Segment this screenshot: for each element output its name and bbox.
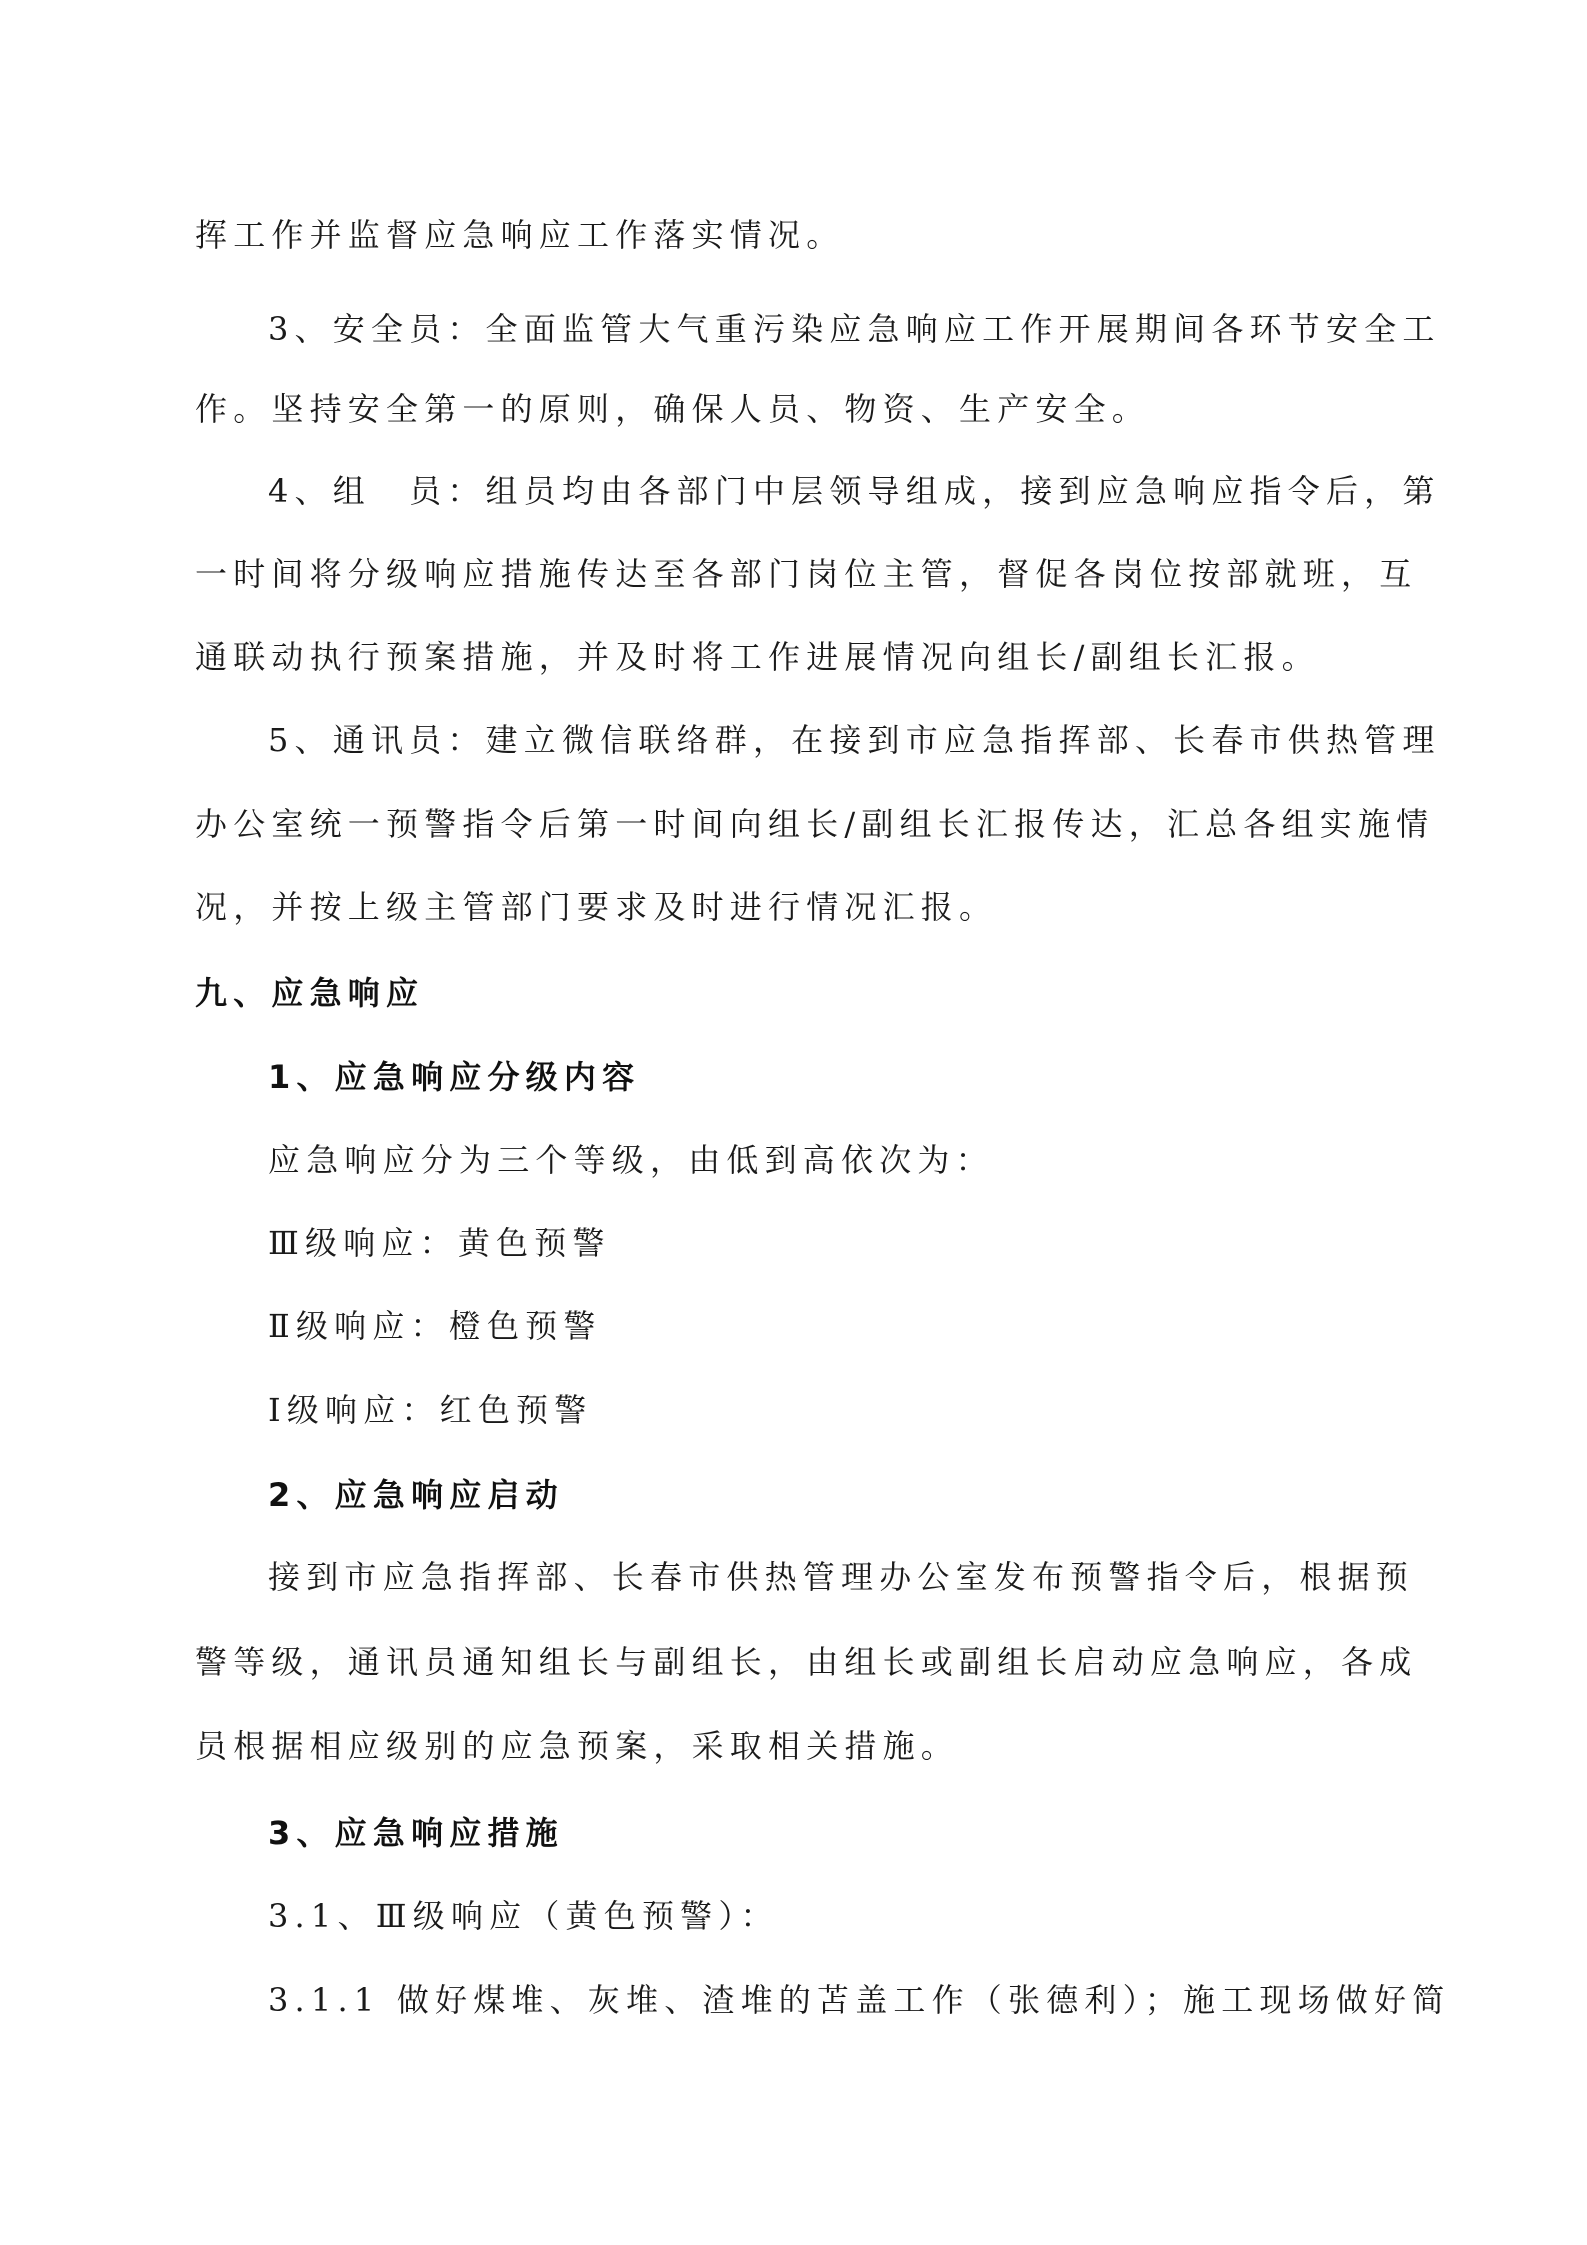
paragraph-line: 通联动执行预案措施，并及时将工作进展情况向组长/副组长汇报。 (195, 637, 1407, 677)
subsection-heading: 1、应急响应分级内容 (268, 1057, 1407, 1097)
paragraph-line: 4、组 员：组员均由各部门中层领导组成，接到应急响应指令后，第 (268, 471, 1407, 511)
paragraph-line: 3.1.1 做好煤堆、灰堆、渣堆的苫盖工作（张德利）；施工现场做好简 (268, 1980, 1407, 2020)
paragraph-line: 3.1、Ⅲ级响应（黄色预警）： (268, 1896, 1407, 1936)
paragraph-line: 一时间将分级响应措施传达至各部门岗位主管，督促各岗位按部就班，互 (195, 554, 1407, 594)
paragraph-line: 应急响应分为三个等级，由低到高依次为： (268, 1140, 1407, 1180)
paragraph-line: 办公室统一预警指令后第一时间向组长/副组长汇报传达，汇总各组实施情 (195, 804, 1407, 844)
list-item: Ⅱ级响应：橙色预警 (268, 1306, 1407, 1346)
paragraph-line: 况，并按上级主管部门要求及时进行情况汇报。 (195, 887, 1407, 927)
subsection-heading: 3、应急响应措施 (268, 1813, 1407, 1853)
subsection-heading: 2、应急响应启动 (268, 1475, 1407, 1515)
paragraph-line: 5、通讯员：建立微信联络群，在接到市应急指挥部、长春市供热管理 (268, 720, 1407, 760)
document-page: 挥工作并监督应急响应工作落实情况。 3、安全员：全面监管大气重污染应急响应工作开… (0, 0, 1587, 2245)
paragraph-line: 警等级，通讯员通知组长与副组长，由组长或副组长启动应急响应，各成 (195, 1642, 1407, 1682)
paragraph-line: 作。坚持安全第一的原则，确保人员、物资、生产安全。 (195, 389, 1407, 429)
list-item: Ⅲ级响应：黄色预警 (268, 1223, 1407, 1263)
paragraph-line: 3、安全员：全面监管大气重污染应急响应工作开展期间各环节安全工 (268, 309, 1407, 349)
paragraph-line: 接到市应急指挥部、长春市供热管理办公室发布预警指令后，根据预 (268, 1557, 1407, 1597)
paragraph-line: 员根据相应级别的应急预案，采取相关措施。 (195, 1726, 1407, 1766)
list-item: Ⅰ级响应：红色预警 (268, 1390, 1407, 1430)
paragraph-line: 挥工作并监督应急响应工作落实情况。 (195, 215, 1407, 255)
section-heading: 九、应急响应 (195, 973, 1407, 1013)
